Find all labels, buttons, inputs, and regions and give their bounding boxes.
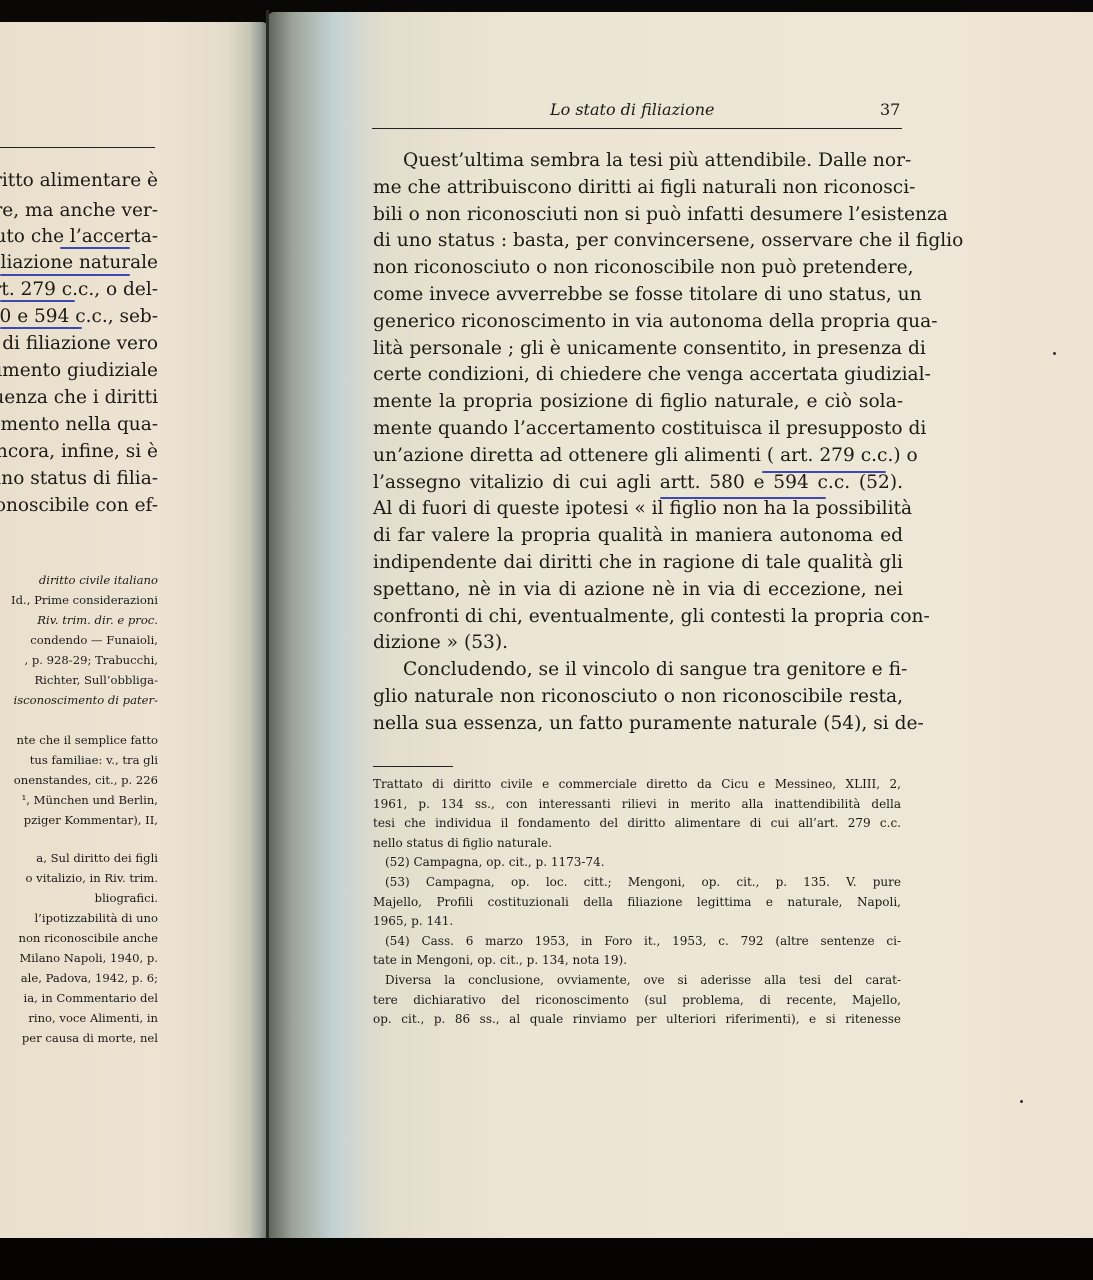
left-body-line: di filiazione vero (2, 331, 158, 357)
body-text: Quest’ultima sembra la tesi più attendib… (373, 148, 903, 738)
body-line: dizione » (53). (373, 630, 903, 657)
body-line: l’assegno vitalizio di cui agli artt. 58… (373, 470, 903, 497)
left-footnote-line: isconoscimento di pater- (13, 690, 158, 710)
footnote-line: 1961, p. 134 ss., con interessanti rilie… (373, 795, 901, 815)
body-line: un’azione diretta ad ottenere gli alimen… (373, 443, 903, 470)
body-line: Quest’ultima sembra la tesi più attendib… (373, 148, 903, 175)
body-line: lità personale ; gli è unicamente consen… (373, 336, 903, 363)
running-head: Lo stato di filiazione (550, 100, 715, 119)
left-footnote-line: Id., Prime considerazioni (11, 590, 158, 610)
footnote-line: 1965, p. 141. (373, 912, 901, 932)
paper-speck (1020, 1100, 1023, 1103)
left-footnote-line: o vitalizio, in Riv. trim. (25, 868, 158, 888)
scan-background (0, 1238, 1093, 1280)
footnote-52: (52) Campagna, op. cit., p. 1173-74. (373, 853, 901, 873)
left-footnote-line: bliografici. (95, 888, 158, 908)
left-footnote-line: onenstandes, cit., p. 226 (14, 770, 158, 790)
left-footnote-line: non riconoscibile anche (18, 928, 158, 948)
footnote-line: nello status di figlio naturale. (373, 834, 901, 854)
footnote-54: (54) Cass. 6 marzo 1953, in Foro it., 19… (373, 932, 901, 952)
pen-underline (60, 247, 130, 249)
left-footnote-line: ¹, München und Berlin, (22, 790, 158, 810)
pen-underline-artt-580-594 (660, 497, 826, 499)
body-line: Al di fuori di queste ipotesi « il figli… (373, 496, 903, 523)
paper-speck (1053, 352, 1056, 355)
left-footnote-line: per causa di morte, nel (22, 1028, 158, 1048)
body-line: me che attribuiscono diritti ai figli na… (373, 175, 903, 202)
body-line: bili o non riconosciuti non si può infat… (373, 202, 903, 229)
left-footnote-line: , p. 928-29; Trabucchi, (25, 650, 158, 670)
page-number: 37 (880, 100, 900, 119)
footnote-line: tere dichiarativo del riconoscimento (su… (373, 991, 901, 1011)
body-line: generico riconoscimento in via autonoma … (373, 309, 903, 336)
body-line: spettano, nè in via di azione nè in via … (373, 577, 903, 604)
left-body-line: tore, ma anche ver- (0, 198, 158, 224)
left-footnote-line: ale, Padova, 1942, p. 6; (21, 968, 158, 988)
left-body-line: ncora, infine, si è (0, 439, 158, 465)
body-line: certe condizioni, di chiedere che venga … (373, 362, 903, 389)
footnote-line: op. cit., p. 86 ss., al quale rinviamo p… (373, 1010, 901, 1030)
left-body-line: conoscibile con ef- (0, 493, 158, 519)
left-footnote-line: Richter, Sull’obbliga- (34, 670, 158, 690)
body-line: come invece avverrebbe se fosse titolare… (373, 282, 903, 309)
left-footnote-line: Milano Napoli, 1940, p. (19, 948, 158, 968)
body-line: di far valere la propria qualità in mani… (373, 523, 903, 550)
body-line: mente quando l’accertamento costituisca … (373, 416, 903, 443)
footnote-line: tesi che individua il fondamento del dir… (373, 814, 901, 834)
header-rule (372, 128, 902, 129)
body-line: confronti di chi, eventualmente, gli con… (373, 604, 903, 631)
left-footnote-line: Riv. trim. dir. e proc. (37, 610, 158, 630)
pen-underline-art-279 (762, 471, 886, 473)
body-line: indipendente dai diritti che in ragione … (373, 550, 903, 577)
body-line: Concludendo, se il vincolo di sangue tra… (373, 657, 903, 684)
footnote-53: (53) Campagna, op. loc. citt.; Mengoni, … (373, 873, 901, 893)
left-body-line: scimento giudiziale (0, 358, 158, 384)
left-body-line: i filiazione naturale (0, 250, 158, 276)
left-footnote-line: tus familiae: v., tra gli (30, 750, 158, 770)
left-footnote-line: ia, in Commentario del (24, 988, 159, 1008)
body-line: glio naturale non riconosciuto o non ric… (373, 684, 903, 711)
body-line: di uno status : basta, per convincersene… (373, 228, 903, 255)
left-footnote-line: rino, voce Alimenti, in (28, 1008, 158, 1028)
footnote-rule (373, 766, 453, 767)
left-body-line: diritto alimentare è (0, 168, 158, 194)
pen-underline (0, 274, 130, 276)
footnote-line: Majello, Profili costituzionali della fi… (373, 893, 901, 913)
left-footnote-line: nte che il semplice fatto (17, 730, 158, 750)
pen-underline (0, 327, 82, 329)
left-footnote-line: condendo — Funaioli, (30, 630, 158, 650)
body-line: nella sua essenza, un fatto puramente na… (373, 711, 903, 738)
body-line: non riconosciuto o non riconoscibile non… (373, 255, 903, 282)
footnote-line: Trattato di diritto civile e commerciale… (373, 775, 901, 795)
left-footnote-line: a, Sul diritto dei figli (36, 848, 158, 868)
footnote-line: Diversa la conclusione, ovviamente, ove … (373, 971, 901, 991)
left-footnote-line: pziger Kommentar), II, (24, 810, 158, 830)
left-footnote-line: l’ipotizzabilità di uno (34, 908, 158, 928)
footnote-line: tate in Mengoni, op. cit., p. 134, nota … (373, 951, 901, 971)
book-gutter (266, 10, 269, 1240)
pen-underline (0, 300, 75, 302)
body-line: mente la propria posizione di figlio nat… (373, 389, 903, 416)
footnotes: Trattato di diritto civile e commerciale… (373, 775, 901, 1030)
left-footnote-line: diritto civile italiano (39, 570, 158, 590)
left-body-line: uno status di filia- (0, 466, 158, 492)
left-body-line: damento nella qua- (0, 412, 158, 438)
left-body-line: uenza che i diritti (0, 385, 158, 411)
left-header-rule (0, 147, 155, 148)
